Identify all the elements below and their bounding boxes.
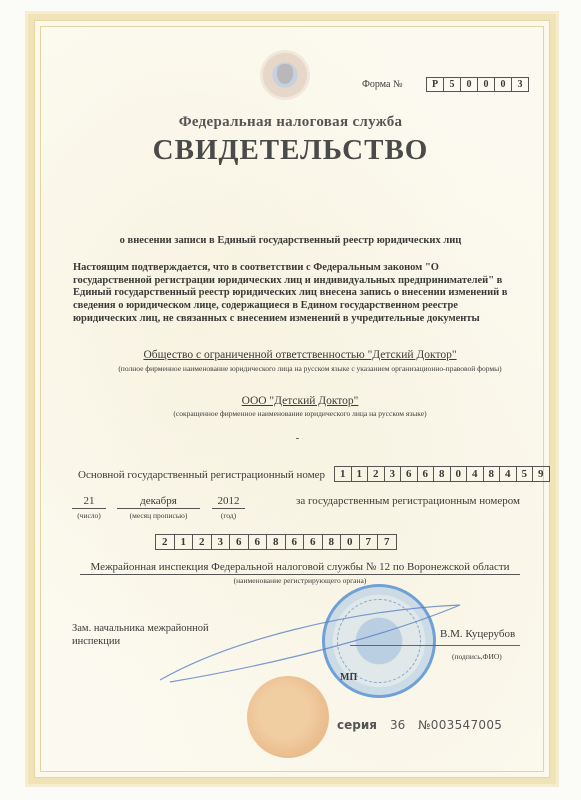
divider-mark (296, 438, 299, 439)
ogrn-digit: 4 (500, 467, 517, 481)
date-day-caption: (число) (72, 511, 106, 520)
ogrn-digit: 1 (335, 467, 352, 481)
signature-caption: (подпись,ФИО) (452, 652, 502, 661)
form-code-cell: 3 (512, 78, 528, 91)
ogrn-digit: 8 (484, 467, 501, 481)
entity-short-name: ООО "Детский Доктор" (60, 395, 540, 407)
ogrn-digit: 8 (434, 467, 451, 481)
ogrn-digit: 6 (418, 467, 435, 481)
ogrn-digit: 3 (385, 467, 402, 481)
grn-digit: 2 (193, 535, 212, 549)
grn-digit: 6 (304, 535, 323, 549)
blank-number: №003547005 (418, 718, 502, 732)
grn-digit: 7 (378, 535, 396, 549)
grn-digit: 6 (286, 535, 305, 549)
ogrn-digit: 2 (368, 467, 385, 481)
grn-digit: 8 (323, 535, 342, 549)
entity-short-name-caption: (сокращенное фирменное наименование юрид… (60, 409, 540, 418)
ogrn-digit: 1 (352, 467, 369, 481)
grn-digit: 2 (156, 535, 175, 549)
date-year: 2012 (212, 495, 245, 509)
certification-paragraph: Настоящим подтверждается, что в соответс… (73, 262, 513, 326)
grn-digit: 6 (249, 535, 268, 549)
registering-authority: Межрайонная инспекция Федеральной налого… (80, 561, 520, 575)
grn-digit: 7 (360, 535, 379, 549)
date-year-caption: (год) (212, 511, 245, 520)
entity-full-name-caption: (полное фирменное наименование юридическ… (60, 363, 560, 374)
date-day: 21 (72, 495, 106, 509)
fns-emblem-icon (260, 50, 310, 100)
agency-name: Федеральная налоговая служба (0, 114, 581, 131)
grn-boxes: 2 1 2 3 6 6 8 6 6 8 0 7 7 (155, 534, 397, 550)
grn-digit: 1 (175, 535, 194, 549)
document-subtitle: о внесении записи в Единый государственн… (0, 235, 581, 246)
document-title: СВИДЕТЕЛЬСТВО (0, 134, 581, 167)
ogrn-digit: 9 (533, 467, 549, 481)
entity-full-name: Общество с ограниченной ответственностью… (60, 349, 540, 361)
ogrn-boxes: 1 1 2 3 6 6 8 0 4 8 4 5 9 (334, 466, 550, 482)
series-label: серия (337, 718, 377, 732)
grn-label: за государственным регистрационным номер… (296, 495, 520, 507)
series-value: 36 (390, 718, 405, 732)
registering-authority-caption: (наименование регистрирующего органа) (80, 576, 520, 585)
grn-digit: 8 (267, 535, 286, 549)
form-code-cell: Р (427, 78, 444, 91)
date-month-caption: (месяц прописью) (117, 511, 200, 520)
form-number-boxes: Р 5 0 0 0 3 (426, 77, 529, 92)
gold-hologram-seal-icon (247, 676, 329, 758)
ogrn-digit: 6 (401, 467, 418, 481)
form-code-cell: 5 (444, 78, 461, 91)
ogrn-digit: 4 (467, 467, 484, 481)
ogrn-label: Основной государственный регистрационный… (78, 469, 325, 481)
date-month: декабря (117, 495, 200, 509)
signer-name: В.М. Куцерубов (440, 628, 515, 640)
grn-digit: 0 (341, 535, 360, 549)
form-number-label: Форма № (362, 79, 403, 90)
grn-digit: 6 (230, 535, 249, 549)
form-code-cell: 0 (461, 78, 478, 91)
stamp-place-mark: МП (340, 672, 357, 683)
signature-line (350, 645, 520, 646)
ogrn-digit: 0 (451, 467, 468, 481)
ogrn-digit: 5 (517, 467, 534, 481)
form-code-cell: 0 (495, 78, 512, 91)
form-code-cell: 0 (478, 78, 495, 91)
grn-digit: 3 (212, 535, 231, 549)
